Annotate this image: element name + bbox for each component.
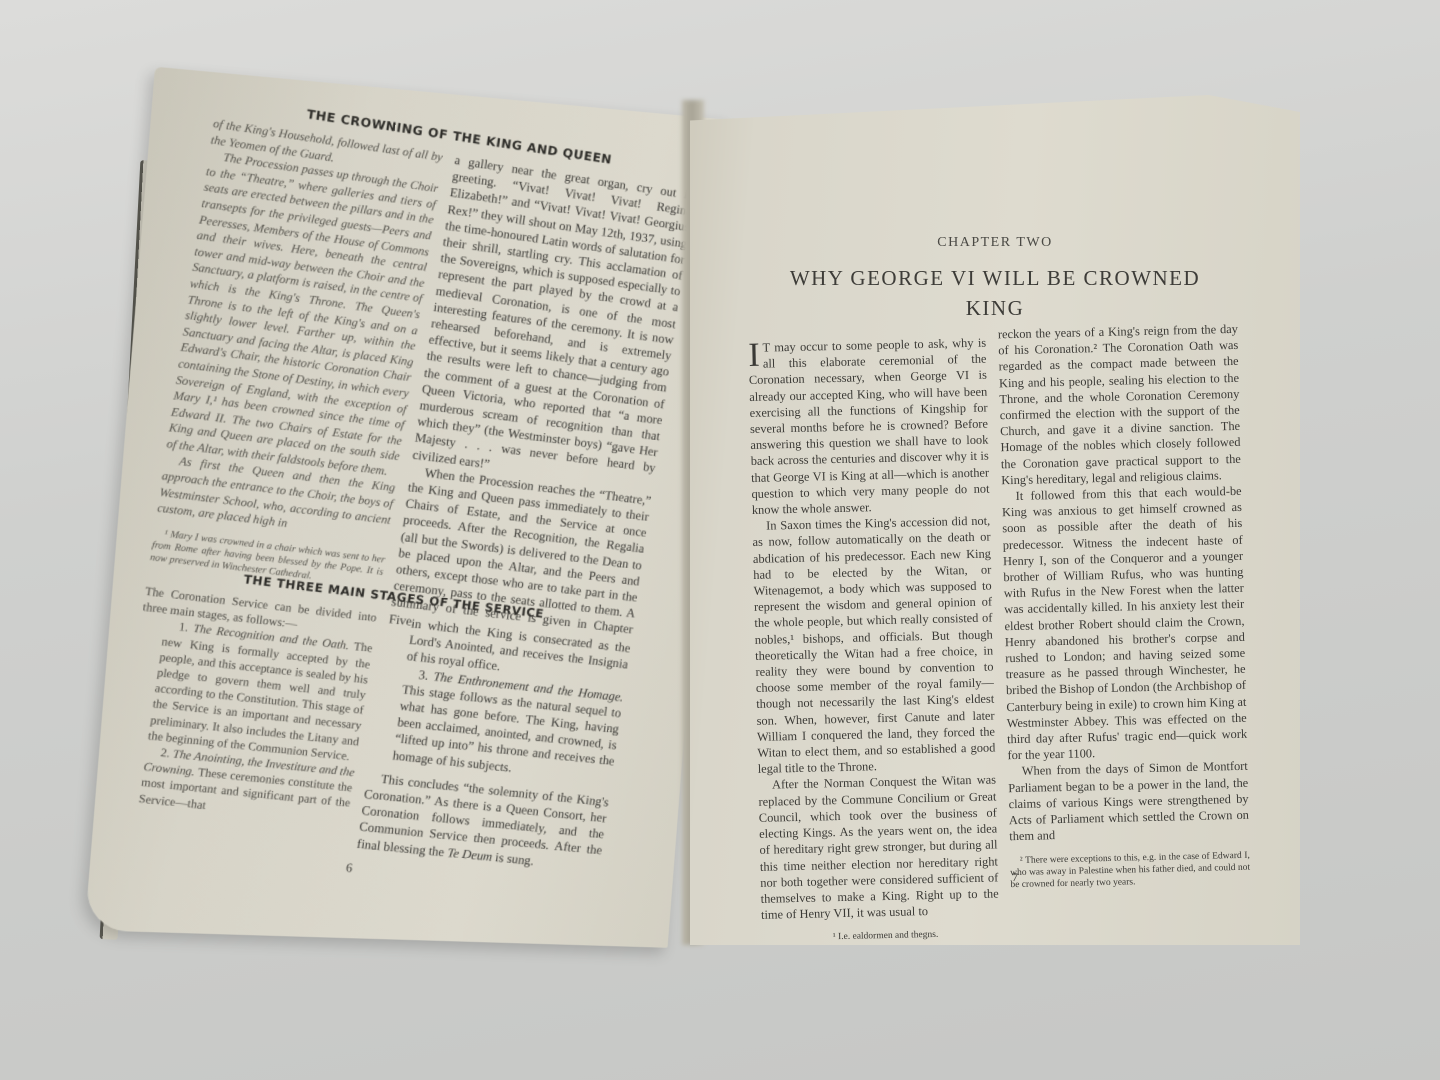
paragraph: a gallery near the great organ, cry out … — [411, 152, 694, 493]
paragraph: The Procession passes up through the Cho… — [165, 148, 439, 481]
page-number-left: 6 — [345, 860, 353, 876]
right-column-2: reckon the years of a King's reign from … — [998, 321, 1251, 891]
paragraph: In Saxon times the King's accession did … — [752, 513, 996, 778]
chapter-title: WHY GEORGE VI WILL BE CROWNED KING — [730, 263, 1260, 323]
chapter-label: CHAPTER TWO — [730, 235, 1260, 251]
paragraph: After the Norman Conquest the Witan was … — [758, 772, 999, 923]
stages-conclusion: This concludes “the solemnity of the Kin… — [356, 769, 610, 875]
footnote: ¹ I.e. ealdormen and thegns. — [761, 928, 999, 945]
right-column-1: IT may occur to some people to ask, why … — [748, 335, 1000, 946]
left-page: THE CROWNING OF THE KING AND QUEEN of th… — [85, 67, 733, 948]
photo-scene: THE CROWNING OF THE KING AND QUEEN of th… — [0, 0, 1440, 1080]
paragraph: IT may occur to some people to ask, why … — [748, 335, 990, 519]
paragraph: reckon the years of a King's reign from … — [998, 321, 1242, 488]
stage-item-1: 1. The Recognition and the Oath. The new… — [123, 616, 373, 766]
footnote: ² There were exceptions to this, e.g. in… — [1010, 849, 1251, 890]
left-page-content: THE CROWNING OF THE KING AND QUEEN of th… — [216, 93, 698, 179]
paragraph: When from the days of Simon de Montfort … — [1008, 758, 1250, 844]
left-column-1: of the King's Household, followed last o… — [149, 116, 443, 591]
paragraph: It followed from this that each would-be… — [1001, 483, 1247, 764]
stages-column-2: in which the King is consecrated as the … — [356, 613, 632, 876]
right-page-body: IT may occur to some people to ask, why … — [748, 329, 1248, 340]
chapter-heading: CHAPTER TWO WHY GEORGE VI WILL BE CROWNE… — [730, 235, 1260, 323]
page-number-right: 7 — [1012, 870, 1018, 885]
right-page: CHAPTER TWO WHY GEORGE VI WILL BE CROWNE… — [690, 95, 1300, 945]
drop-cap: I — [748, 342, 760, 370]
left-column-2: a gallery near the great organ, cry out … — [388, 152, 695, 654]
stages-column-1: The Coronation Service can be divided in… — [114, 585, 377, 828]
